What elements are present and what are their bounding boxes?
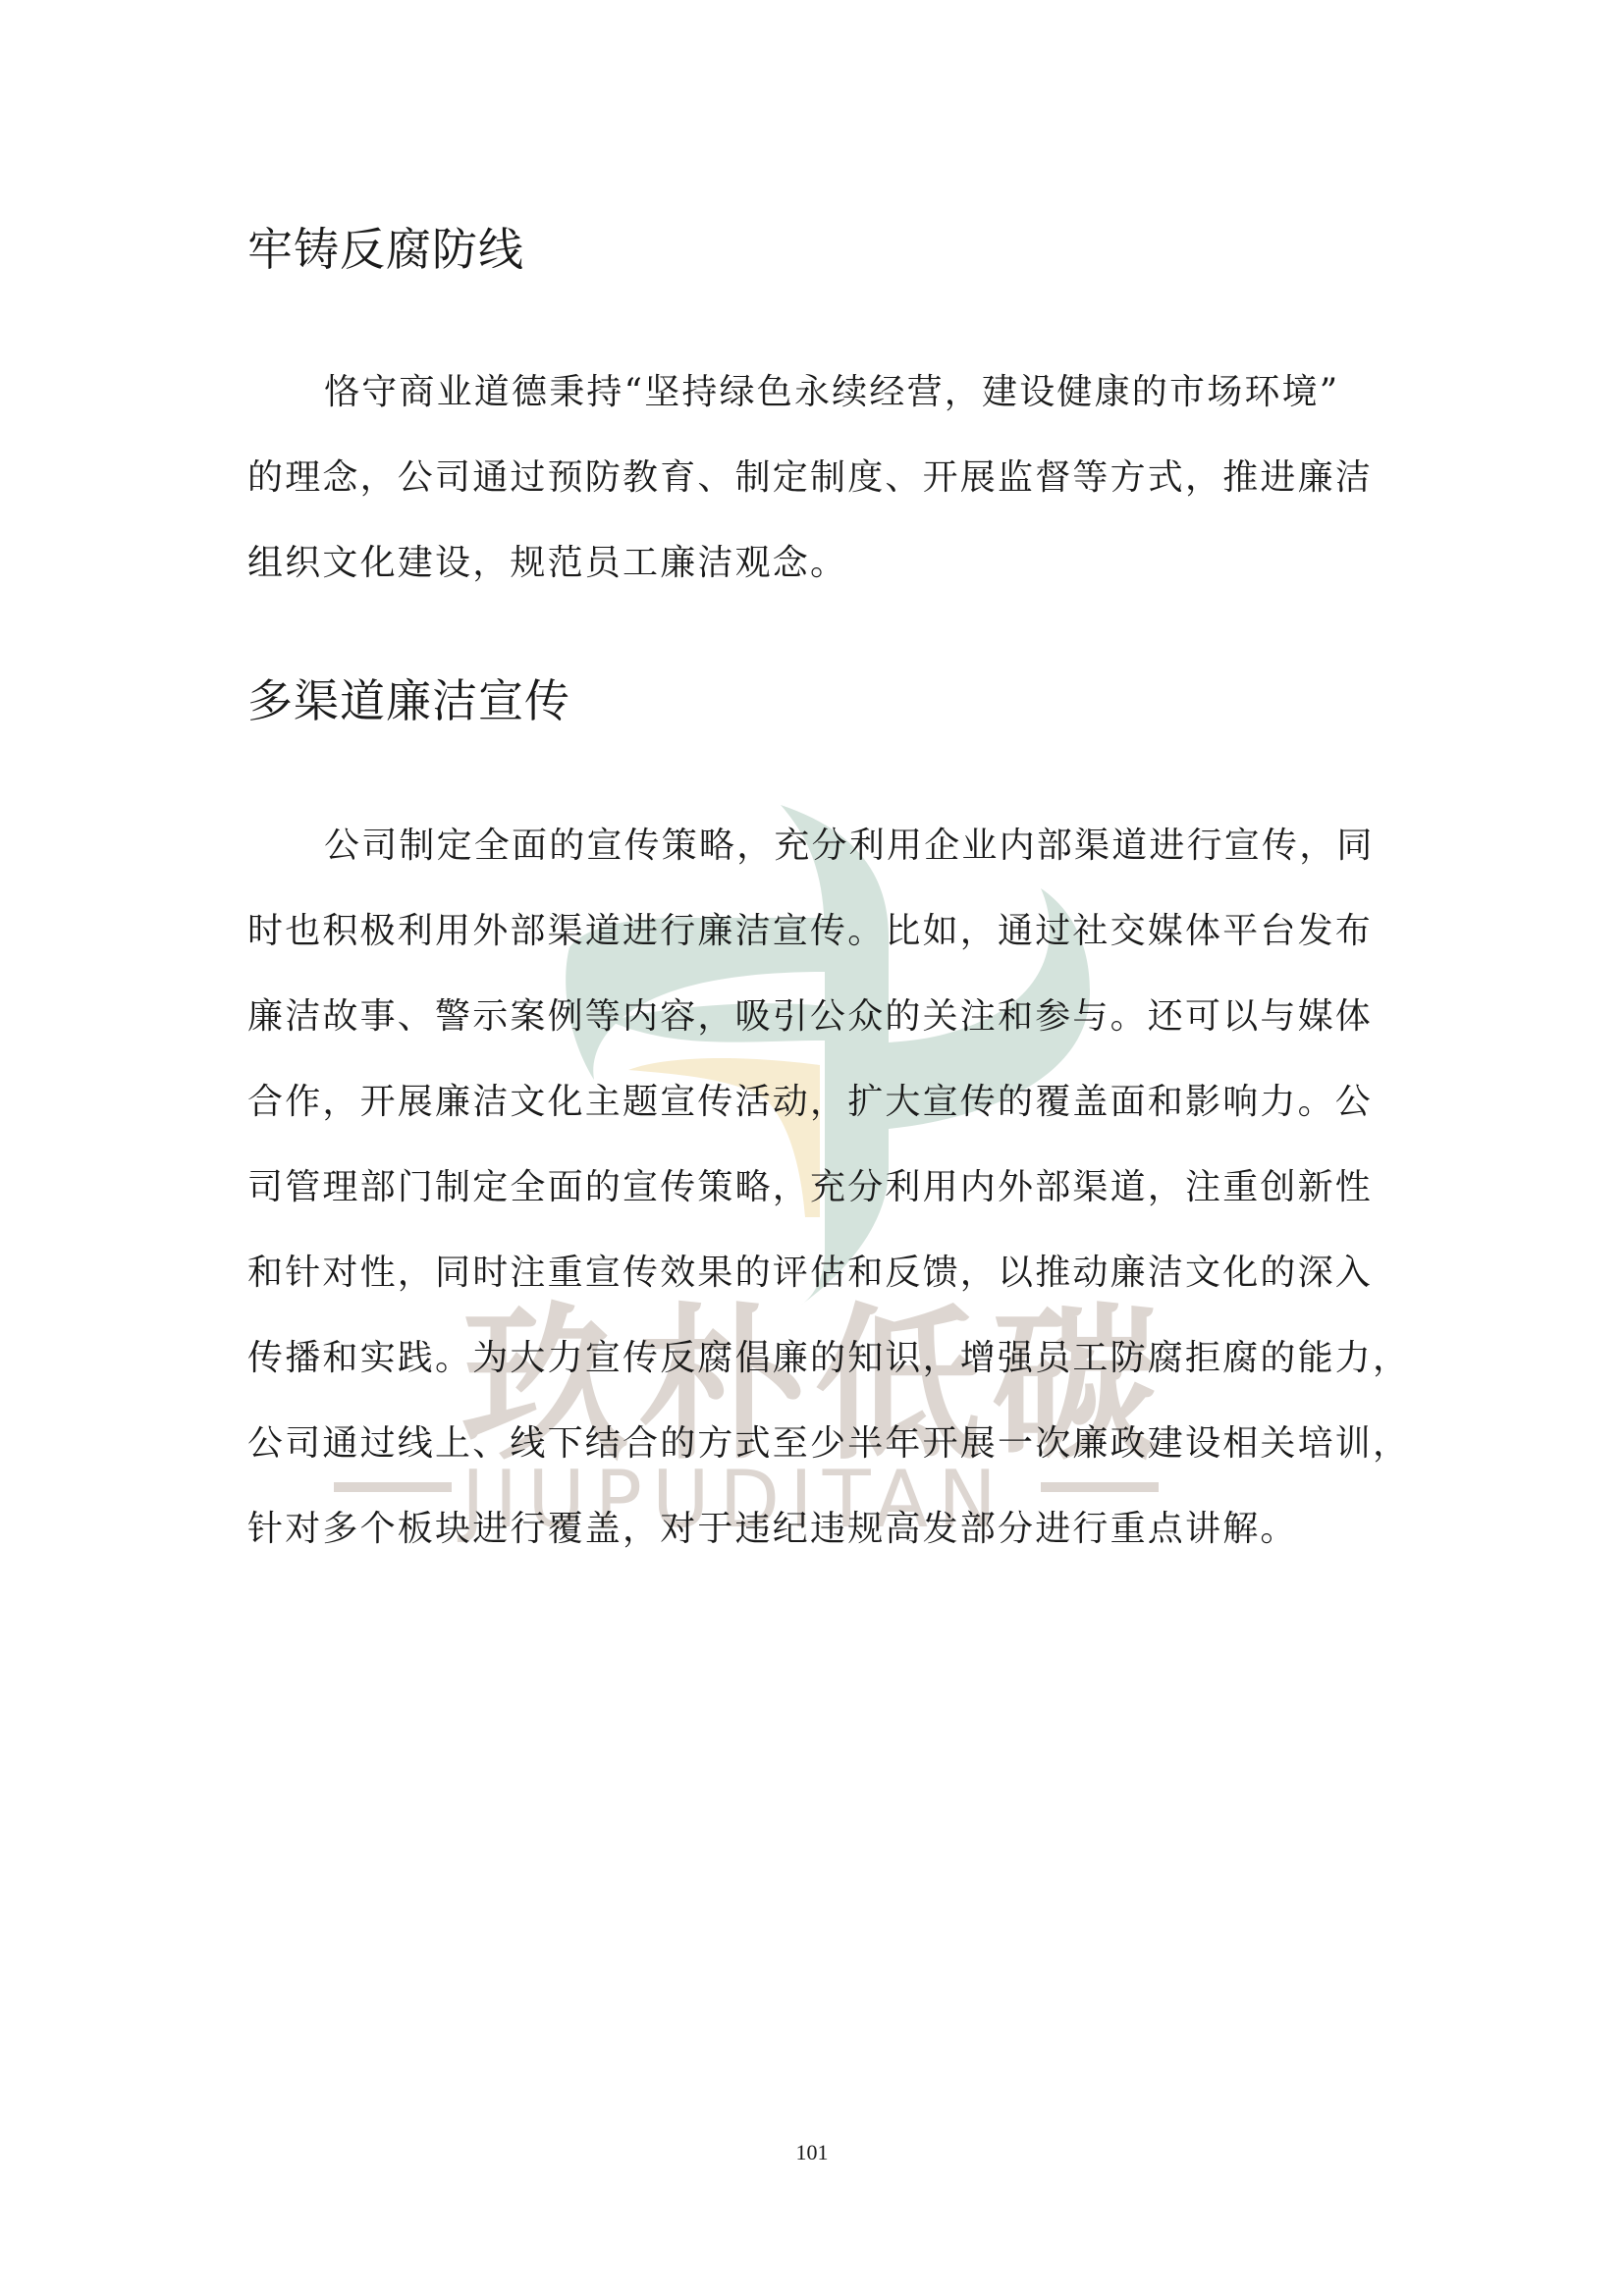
section-heading-multichannel-publicity: 多渠道廉洁宣传 <box>247 666 570 730</box>
paragraph-line: 合作，开展廉洁文化主题宣传活动，扩大宣传的覆盖面和影响力。公 <box>247 1059 1396 1145</box>
paragraph-line: 和针对性，同时注重宣传效果的评估和反馈，以推动廉洁文化的深入 <box>247 1230 1396 1315</box>
paragraph-line: 公司通过线上、线下结合的方式至少半年开展一次廉政建设相关培训， <box>247 1401 1396 1486</box>
paragraph-line: 公司制定全面的宣传策略，充分利用企业内部渠道进行宣传，同 <box>247 803 1396 888</box>
paragraph-line: 恪守商业道德秉持“坚持绿色永续经营，建设健康的市场环境” <box>247 349 1396 435</box>
paragraph-line: 司管理部门制定全面的宣传策略，充分利用内外部渠道，注重创新性 <box>247 1145 1396 1230</box>
paragraph-line: 组织文化建设，规范员工廉洁观念。 <box>247 520 1396 606</box>
paragraph-line: 廉洁故事、警示案例等内容，吸引公众的关注和参与。还可以与媒体 <box>247 974 1396 1059</box>
paragraph-line: 针对多个板块进行覆盖，对于违纪违规高发部分进行重点讲解。 <box>247 1486 1396 1572</box>
section-heading-anticorruption-defense: 牢铸反腐防线 <box>247 214 524 279</box>
section-paragraph-multichannel-publicity: 公司制定全面的宣传策略，充分利用企业内部渠道进行宣传，同 时也积极利用外部渠道进… <box>247 803 1396 1572</box>
paragraph-line: 时也积极利用外部渠道进行廉洁宣传。比如，通过社交媒体平台发布 <box>247 888 1396 974</box>
document-page: 玖朴低碳 JIUPUDITAN 牢铸反腐防线 恪守商业道德秉持“坚持绿色永续经营… <box>0 0 1624 2296</box>
paragraph-line: 传播和实践。为大力宣传反腐倡廉的知识，增强员工防腐拒腐的能力， <box>247 1315 1396 1401</box>
paragraph-line: 的理念，公司通过预防教育、制定制度、开展监督等方式，推进廉洁 <box>247 435 1396 520</box>
section-paragraph-anticorruption-defense: 恪守商业道德秉持“坚持绿色永续经营，建设健康的市场环境” 的理念，公司通过预防教… <box>247 349 1396 606</box>
page-number: 101 <box>0 2140 1624 2165</box>
